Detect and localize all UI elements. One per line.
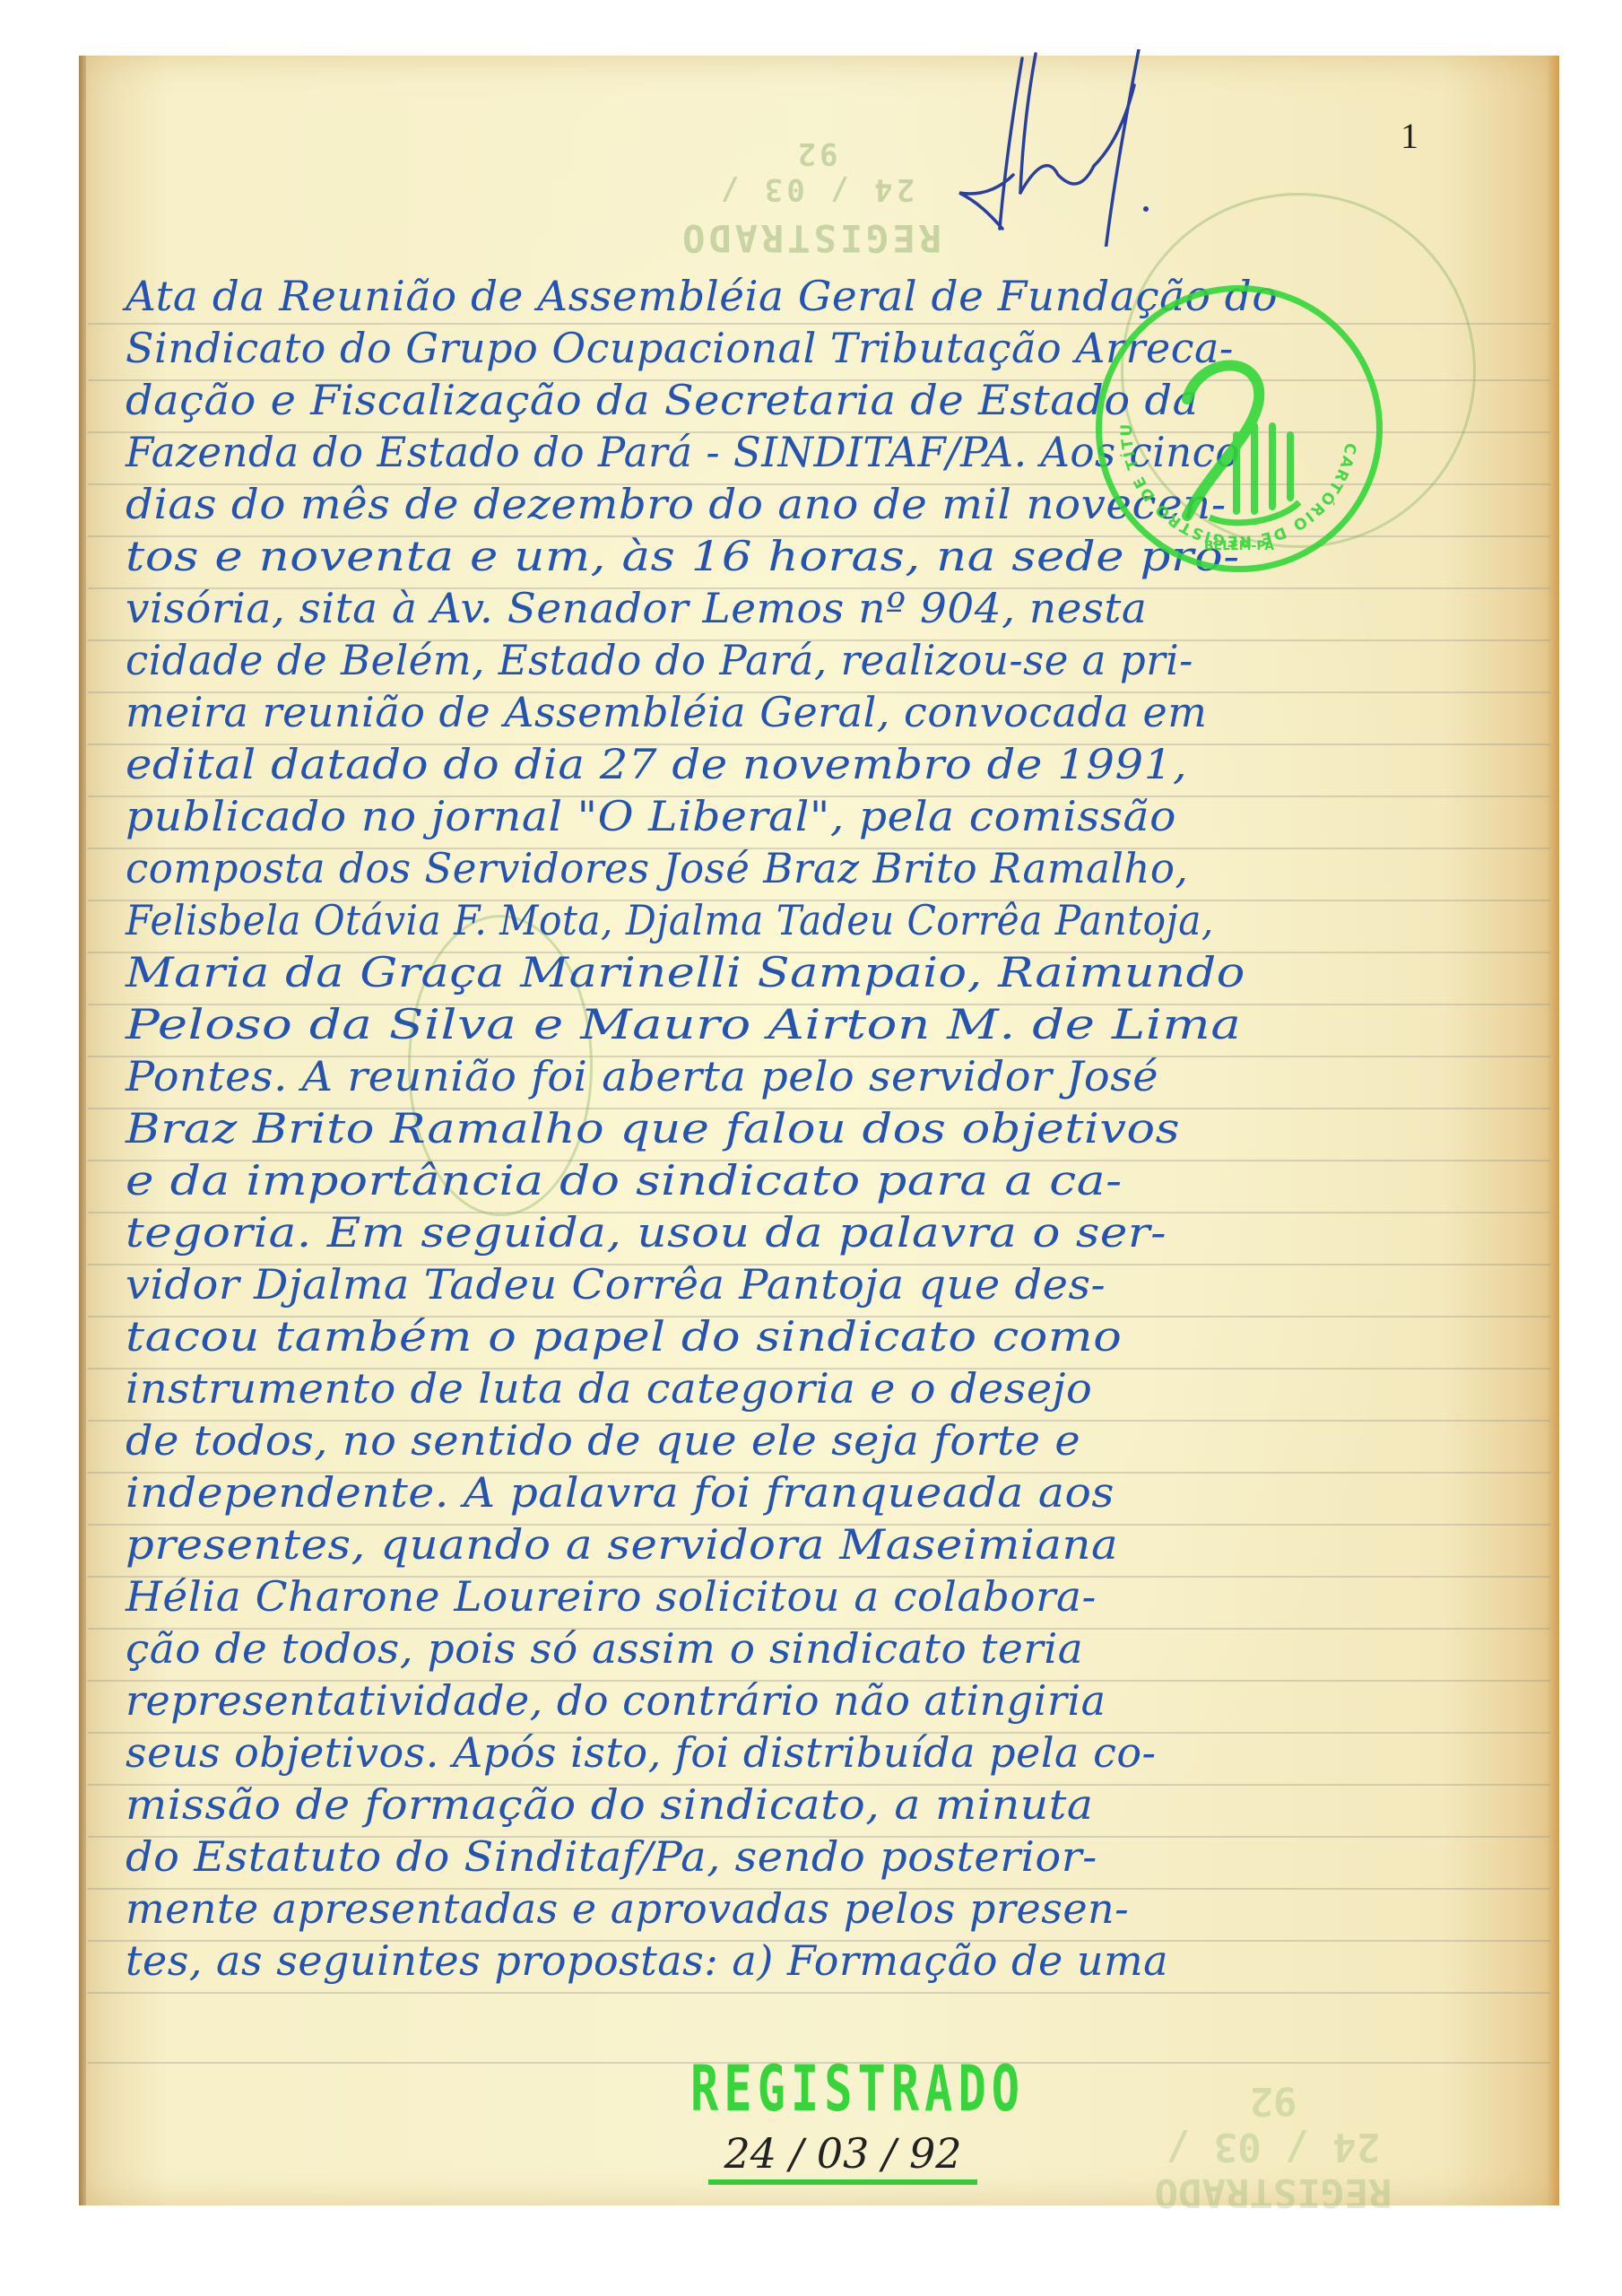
handwritten-line: mente apresentadas e aprovadas pelos pre… — [126, 1882, 1129, 1935]
handwritten-line: Peloso da Silva e Mauro Airton M. de Lim… — [126, 997, 1241, 1051]
registration-date: 24 / 03 / 92 — [718, 2129, 967, 2178]
handwritten-line: publicado no jornal "O Liberal", pela co… — [126, 789, 1176, 843]
page-number: 1 — [1401, 115, 1418, 157]
handwritten-line: ção de todos, pois só assim o sindicato … — [126, 1622, 1083, 1675]
handwritten-line: e da importância do sindicato para a ca- — [126, 1153, 1123, 1207]
ruled-line — [88, 1992, 1550, 1994]
registrado-label: REGISTRADO — [690, 2054, 1025, 2126]
handwritten-line: tes, as seguintes propostas: a) Formação… — [126, 1934, 1168, 1987]
handwritten-line: Hélia Charone Loureiro solicitou a colab… — [126, 1570, 1097, 1623]
handwritten-line: Felisbela Otávia F. Mota, Djalma Tadeu C… — [126, 893, 1214, 947]
handwritten-line: vidor Djalma Tadeu Corrêa Pantoja que de… — [126, 1257, 1106, 1311]
page-right-edge — [1547, 56, 1559, 2205]
seal-emblem-icon: CARTÓRIO DE REGISTRO DE TÍTULOS E DOCUME… — [1102, 291, 1376, 566]
svg-text:BELÉM-PA: BELÉM-PA — [1204, 538, 1274, 553]
faint-stamp-date: 24 / 03 / 92 — [690, 135, 941, 207]
page-binding-edge — [79, 56, 86, 2205]
handwritten-line: de todos, no sentido de que ele seja for… — [126, 1413, 1080, 1467]
cartorio-seal-stamp: CARTÓRIO DE REGISTRO DE TÍTULOS E DOCUME… — [1096, 285, 1383, 572]
handwritten-line: meira reunião de Assembléia Geral, convo… — [126, 685, 1207, 739]
handwritten-line: Fazenda do Estado do Pará - SINDITAF/PA.… — [126, 425, 1240, 479]
svg-text:CARTÓRIO DE REGISTRO DE TÍTULO: CARTÓRIO DE REGISTRO DE TÍTULOS E DOCUME… — [1102, 291, 1359, 550]
handwritten-line: Pontes. A reunião foi aberta pelo servid… — [126, 1049, 1158, 1103]
registrado-stamp: REGISTRADO 24 / 03 / 92 — [690, 2063, 995, 2185]
handwritten-line: representatividade, do contrário não ati… — [126, 1674, 1106, 1727]
handwritten-line: dias do mês de dezembro do ano de mil no… — [126, 477, 1227, 531]
handwritten-line: tacou também o papel do sindicato como — [126, 1309, 1122, 1363]
handwritten-line: Maria da Graça Marinelli Sampaio, Raimun… — [126, 945, 1245, 999]
handwritten-line: edital datado do dia 27 de novembro de 1… — [126, 737, 1187, 791]
handwritten-line: visória, sita à Av. Senador Lemos nº 904… — [126, 581, 1147, 635]
handwritten-line: cidade de Belém, Estado do Pará, realizo… — [126, 633, 1193, 687]
handwritten-line: seus objetivos. Após isto, foi distribuí… — [126, 1726, 1157, 1779]
handwritten-line: Braz Brito Ramalho que falou dos objetiv… — [126, 1101, 1180, 1155]
handwritten-line: missão de formação do sindicato, a minut… — [126, 1778, 1093, 1831]
faint-stamp-date: 24 / 03 / 92 — [1139, 2078, 1408, 2170]
handwritten-line: dação e Fiscalização da Secretaria de Es… — [126, 373, 1199, 427]
handwritten-line: presentes, quando a servidora Maseimiana — [126, 1518, 1118, 1571]
handwritten-line: tegoria. Em seguida, usou da palavra o s… — [126, 1205, 1167, 1259]
faint-registrado-stamp-top: REGISTRADO 24 / 03 / 92 — [690, 135, 941, 260]
faint-stamp-label: REGISTRADO — [1139, 2170, 1408, 2215]
handwritten-line: instrumento de luta da categoria e o des… — [126, 1361, 1092, 1415]
faint-stamp-label: REGISTRADO — [690, 216, 941, 260]
handwritten-line: do Estatuto do Sinditaf/Pa, sendo poster… — [126, 1830, 1097, 1883]
handwritten-line: independente. A palavra foi franqueada a… — [126, 1465, 1115, 1519]
handwritten-line: composta dos Servidores José Braz Brito … — [126, 841, 1188, 895]
signature-icon — [950, 49, 1219, 247]
faint-registrado-stamp-bottom: REGISTRADO 24 / 03 / 92 — [1139, 2072, 1408, 2215]
registrado-underline — [708, 2179, 977, 2185]
handwritten-line: tos e noventa e um, às 16 horas, na sede… — [126, 529, 1240, 583]
handwritten-line: Sindicato do Grupo Ocupacional Tributaçã… — [126, 321, 1234, 375]
